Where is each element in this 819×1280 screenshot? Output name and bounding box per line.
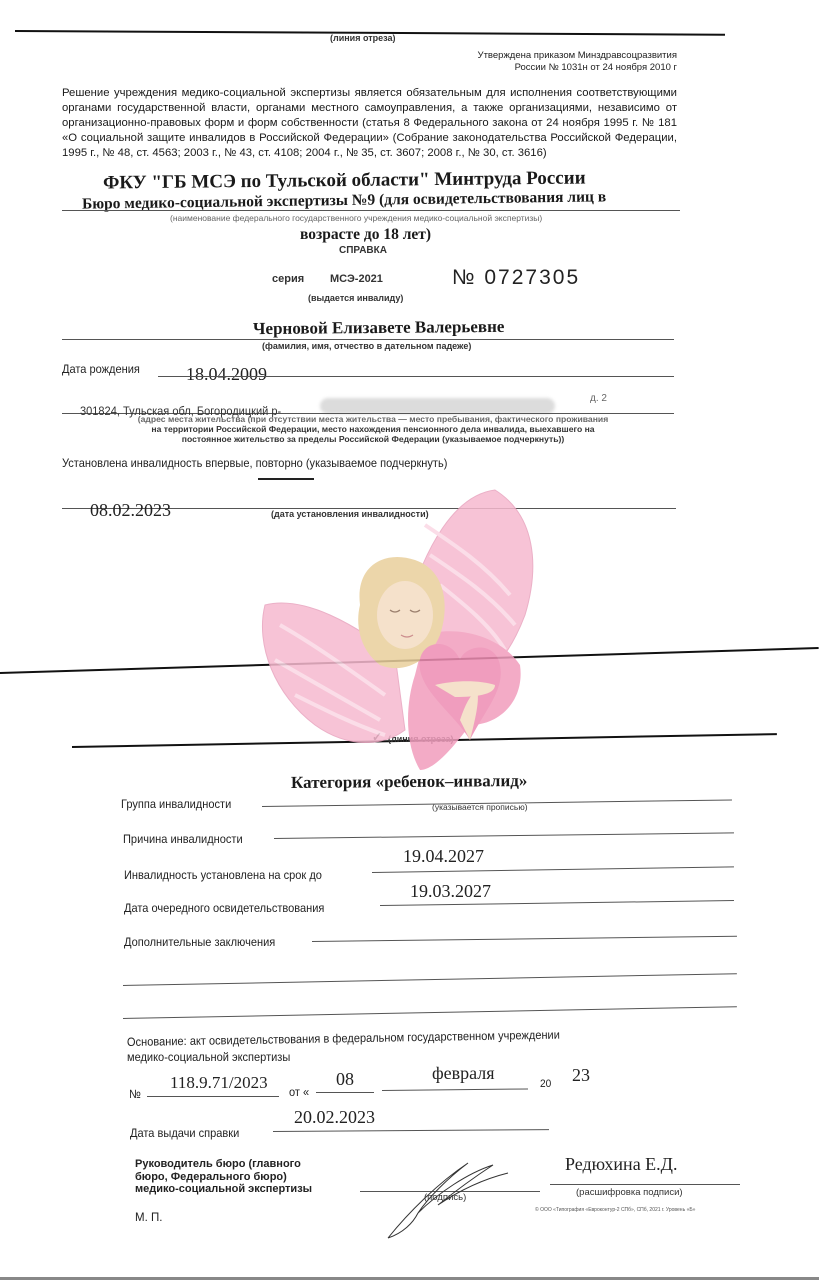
extra-conclusions-underline-3 <box>123 1006 737 1019</box>
signer-name-caption: (расшифровка подписи) <box>576 1187 683 1198</box>
angel-with-heart-icon <box>255 485 555 770</box>
birth-date-value: 18.04.2009 <box>186 364 267 385</box>
act-month-underline <box>382 1088 528 1091</box>
act-day-value: 08 <box>336 1069 354 1090</box>
basis-label-2: медико-социальной экспертизы <box>127 1050 290 1064</box>
birth-date-underline <box>158 376 674 377</box>
act-year-prefix: 20 <box>540 1078 551 1090</box>
address-redaction <box>320 398 555 414</box>
signer-role-line-1: Руководитель бюро (главного <box>135 1158 312 1171</box>
institution-caption: (наименование федерального государственн… <box>170 213 542 223</box>
basis-label-1: Основание: акт освидетельствования в фед… <box>127 1028 560 1049</box>
certificate-title: СПРАВКА <box>339 245 387 256</box>
institution-line-3: возрасте до 18 лет) <box>300 226 431 244</box>
series-value: МСЭ-2021 <box>330 273 383 285</box>
issued-to-caption: (выдается инвалиду) <box>308 293 403 303</box>
address-caption: (адрес места жительства (при отсутствии … <box>83 414 663 444</box>
stamp-place-label: М. П. <box>135 1212 162 1224</box>
extra-conclusions-underline-1 <box>312 936 737 942</box>
category-title: Категория «ребенок–инвалид» <box>291 771 527 793</box>
group-caption: (указывается прописью) <box>432 802 528 812</box>
top-cut-line-label: (линия отреза) <box>330 33 396 43</box>
address-caption-line-2: на территории Российской Федерации, мест… <box>83 424 663 434</box>
signer-name-underline <box>550 1184 740 1185</box>
act-month-value: февраля <box>432 1063 495 1084</box>
issue-date-label: Дата выдачи справки <box>130 1126 239 1140</box>
disability-set-label: Установлена инвалидность впервые, повтор… <box>62 456 447 470</box>
signer-name: Редюхина Е.Д. <box>565 1154 677 1175</box>
name-caption: (фамилия, имя, отчество в дательном паде… <box>262 341 471 351</box>
act-number-label: № <box>129 1087 141 1101</box>
term-label: Инвалидность установлена на срок до <box>124 868 322 882</box>
signer-role: Руководитель бюро (главного бюро, Федера… <box>135 1158 312 1196</box>
act-day-underline <box>316 1092 374 1093</box>
address-tail: д. 2 <box>590 393 607 404</box>
act-number-underline <box>147 1096 279 1097</box>
issue-date-underline <box>273 1129 549 1132</box>
address-caption-line-1: (адрес места жительства (при отсутствии … <box>83 414 663 424</box>
act-number-value: 118.9.71/2023 <box>170 1073 268 1093</box>
signer-role-line-2: бюро, Федерального бюро) <box>135 1171 312 1184</box>
reason-underline <box>274 832 734 839</box>
issue-date-value: 20.02.2023 <box>294 1107 375 1128</box>
birth-date-label: Дата рождения <box>62 362 140 376</box>
next-exam-value: 19.03.2027 <box>410 881 491 902</box>
signer-role-line-3: медико-социальной экспертизы <box>135 1183 312 1196</box>
certificate-number: № 0727305 <box>452 266 580 290</box>
institution-underline <box>62 210 680 211</box>
approval-note: Утверждена приказом Минздравсоцразвития … <box>478 50 677 74</box>
legal-notice: Решение учреждения медико-социальной экс… <box>62 86 677 161</box>
address-caption-line-3: постоянное жительство за пределы Российс… <box>83 434 663 444</box>
term-value: 19.04.2027 <box>403 846 484 867</box>
act-year-suffix: 23 <box>572 1065 590 1086</box>
act-from-label: от « <box>289 1085 309 1099</box>
person-full-name: Черновой Елизавете Валерьевне <box>253 317 505 339</box>
next-exam-label: Дата очередного освидетельствования <box>124 901 324 915</box>
extra-conclusions-label: Дополнительные заключения <box>124 935 275 949</box>
group-label: Группа инвалидности <box>121 797 231 811</box>
name-underline <box>62 339 674 340</box>
extra-conclusions-underline-2 <box>123 973 737 986</box>
approval-line-1: Утверждена приказом Минздравсоцразвития <box>478 50 677 62</box>
angel-sticker <box>255 485 555 770</box>
signature-caption: (подпись) <box>424 1192 466 1203</box>
printer-note: © ООО «Типография «Евроконтур-2 СПб», СП… <box>535 1207 695 1213</box>
approval-line-2: России № 1031н от 24 ноября 2010 г <box>478 62 677 74</box>
reason-label: Причина инвалидности <box>123 832 243 846</box>
series-label: серия <box>272 273 304 285</box>
term-underline <box>372 866 734 873</box>
disability-date-value: 08.02.2023 <box>90 500 171 521</box>
first-time-underline <box>258 478 314 480</box>
